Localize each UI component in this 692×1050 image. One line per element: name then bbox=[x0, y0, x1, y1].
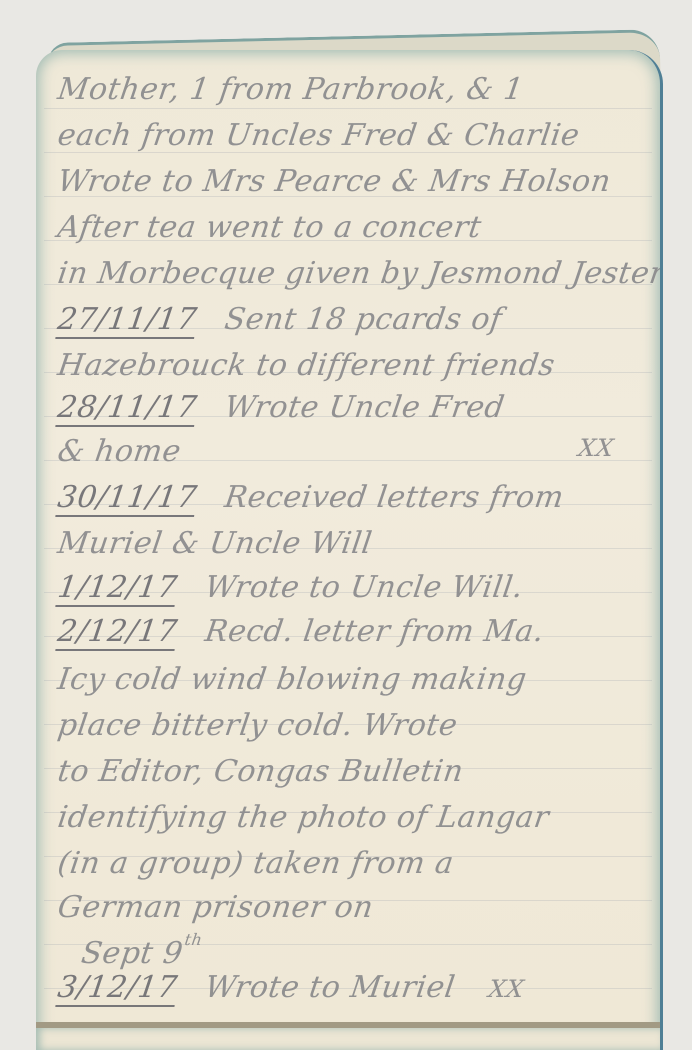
diary-line: in Morbecque given by Jesmond Jesters bbox=[56, 256, 649, 291]
ruled-line bbox=[44, 108, 652, 109]
diary-line: identifying the photo of Langar bbox=[56, 800, 649, 835]
line-text: Sept 9 bbox=[79, 936, 185, 971]
diary-line: Icy cold wind blowing making bbox=[56, 662, 649, 697]
line-text: Wrote to Muriel bbox=[203, 970, 458, 1005]
diary-line: After tea went to a concert bbox=[56, 210, 649, 245]
next-page-edge bbox=[36, 1028, 663, 1050]
diary-line: Muriel & Uncle Will bbox=[56, 526, 649, 561]
line-text: Recd. letter from Ma. bbox=[203, 614, 547, 649]
diary-line: each from Uncles Fred & Charlie bbox=[56, 118, 649, 153]
line-text: each from Uncles Fred & Charlie bbox=[56, 118, 582, 153]
diary-entry-line: 2/12/17 Recd. letter from Ma. bbox=[56, 614, 649, 649]
diary-line: Hazebrouck to different friends bbox=[56, 348, 649, 383]
line-text: & home bbox=[56, 434, 184, 469]
diary-entry-line: 28/11/17 Wrote Uncle Fred bbox=[56, 390, 649, 425]
line-text: After tea went to a concert bbox=[56, 210, 484, 245]
line-text: in Morbecque given by Jesmond Jesters bbox=[56, 256, 663, 291]
line-text: place bitterly cold. Wrote bbox=[56, 708, 460, 743]
diary-line: Mother, 1 from Parbrook, & 1 bbox=[56, 72, 649, 107]
diary-line: to Editor, Congas Bulletin bbox=[56, 754, 649, 789]
line-text: Icy cold wind blowing making bbox=[56, 662, 529, 697]
line-text: Wrote to Uncle Will. bbox=[203, 570, 526, 605]
diary-line: Sept 9th bbox=[55, 930, 649, 971]
diary-line: place bitterly cold. Wrote bbox=[56, 708, 649, 743]
entry-date: 28/11/17 bbox=[56, 390, 200, 425]
entry-date: 2/12/17 bbox=[56, 614, 180, 649]
line-text: Wrote to Mrs Pearce & Mrs Holson bbox=[56, 164, 614, 199]
line-text: (in a group) taken from a bbox=[56, 846, 456, 881]
line-text: Received letters from bbox=[222, 480, 566, 515]
kisses-mark: XX bbox=[487, 975, 526, 1003]
line-text: Sent 18 pcards of bbox=[222, 302, 504, 337]
ordinal-suffix: th bbox=[183, 930, 203, 949]
line-text: Muriel & Uncle Will bbox=[56, 526, 375, 561]
line-text: to Editor, Congas Bulletin bbox=[56, 754, 466, 789]
entry-date: 3/12/17 bbox=[56, 970, 180, 1005]
diary-entry-line: 1/12/17 Wrote to Uncle Will. bbox=[56, 570, 649, 605]
diary-entry-line: 27/11/17 Sent 18 pcards of bbox=[56, 302, 649, 337]
diary-line: German prisoner on bbox=[56, 890, 649, 925]
line-text: Mother, 1 from Parbrook, & 1 bbox=[56, 72, 526, 107]
entry-date: 30/11/17 bbox=[56, 480, 200, 515]
line-text: German prisoner on bbox=[56, 890, 376, 925]
diary-line: (in a group) taken from a bbox=[56, 846, 649, 881]
diary-line: & home XX bbox=[56, 434, 649, 469]
line-text: identifying the photo of Langar bbox=[56, 800, 552, 835]
kisses-mark: XX bbox=[577, 434, 616, 462]
diary-entry-line: 3/12/17 Wrote to Muriel XX bbox=[56, 970, 649, 1005]
diary-entry-line: 30/11/17 Received letters from bbox=[56, 480, 649, 515]
diary-page: Mother, 1 from Parbrook, & 1 each from U… bbox=[36, 50, 663, 1050]
entry-date: 1/12/17 bbox=[56, 570, 180, 605]
diary-line: Wrote to Mrs Pearce & Mrs Holson bbox=[56, 164, 649, 199]
line-text: Wrote Uncle Fred bbox=[222, 390, 507, 425]
line-text: Hazebrouck to different friends bbox=[56, 348, 558, 383]
entry-date: 27/11/17 bbox=[56, 302, 200, 337]
